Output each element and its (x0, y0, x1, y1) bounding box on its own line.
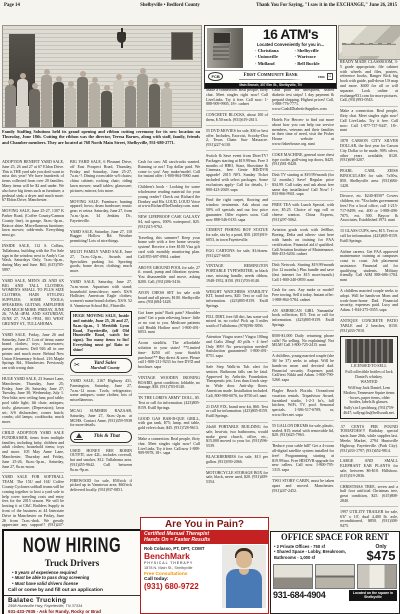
office-ad-footer: 931-684-4904 Located on the square in Sh… (271, 589, 399, 603)
atm-town: Wartrace (295, 54, 332, 61)
office-feature-list: 2 Private Offices - 750 sfShared Space -… (271, 544, 363, 562)
classified-ad: Switch & Save event from DirecTV! Packag… (206, 150, 268, 192)
classified-ad: TWO STORY CABIN, must be taken apart and… (272, 476, 334, 494)
classified-ad: $500-$1,000 Daily returning phone calls!… (272, 330, 334, 348)
classified-ad: Aviation grads work with JetBlue, Boeing… (272, 225, 334, 257)
classified-ad: FILL DIRT, free fill dirt, has some sod … (206, 311, 268, 329)
benchmark-brand: BenchMark (144, 552, 220, 561)
bank-name: First Community Bank (225, 73, 316, 78)
benchmark-pain-ad: Are You in Pain? Certified Manual Therap… (140, 517, 269, 614)
office-photo-2 (315, 564, 355, 589)
person-head-shape (92, 77, 98, 83)
photo-caption: Family Staffing Solutions held its grand… (2, 129, 200, 145)
classified-ad: ANTIQUE CONCRETE PATIO TABLE and 2 bench… (340, 316, 398, 334)
classified-ad: FREE TEA with Lunch Special, with rice, … (272, 200, 334, 223)
newspaper-page: Page 14 Shelbyville • Bedford County Tha… (0, 0, 400, 614)
classified-ad: 'Reduce your cable bill!' Get a 4-room a… (272, 441, 334, 473)
person-body-shape (161, 88, 172, 127)
office-location-note: Located on the square in Shelbyville (349, 590, 397, 602)
person-figure (53, 76, 64, 128)
classified-ad: 15 GLASS CUPS, new, $15. Text or call fo… (340, 226, 398, 244)
classified-ad: AVON CHESS SET for sale with board and a… (138, 287, 200, 305)
classified-ad-with-photo: LICENSED TO SELLFull collectible bottles… (340, 336, 398, 419)
person-body-shape (53, 82, 64, 127)
scissors-icon: ✂ (74, 362, 80, 369)
boxed-classified-ad: HUGE MOVING SALE, Inside and outside, Ju… (70, 311, 132, 355)
classroom-table-shape (342, 44, 396, 56)
now-hiring-requirements: 5 years of experience requiredMust be ab… (4, 568, 140, 587)
person-figure (101, 85, 112, 128)
classified-ad: Make a connection. Real people, flirty c… (206, 88, 268, 107)
pain-ad-title: Are You in Pain? (141, 519, 268, 530)
classified-ad: Find the right carpet, flooring and wind… (206, 195, 268, 222)
office-photo-row (271, 562, 399, 589)
classified-ad: Cash for cars: All cars/trucks wanted. R… (138, 160, 200, 179)
region-title: Shelbyville • Bedford County (60, 3, 280, 8)
classified-ad: EGG CARTONS for sale, $1/dozen. (931)227… (206, 245, 268, 258)
classified-ad: ADOPTION BENEFIT YARD SALE, June 25, 26 … (2, 160, 64, 203)
classified-ad: 55 DVD MOVIES for sale, $30 or best offe… (206, 125, 268, 148)
person-body-shape (101, 91, 112, 127)
classified-ad: VINTAGE WOODEN IRONING BOARD, great cond… (138, 372, 200, 390)
person-head-shape (104, 85, 110, 91)
pain-ad-body: Rob Colasso, PT, DPT, COMT BenchMark PHY… (141, 544, 268, 610)
person-body-shape (41, 75, 52, 127)
person-figure (29, 83, 40, 128)
benchmark-brand-subtitle: PHYSICAL THERAPY (144, 561, 220, 565)
classified-ad: 1878 CARSON CITY SILVER DOLLAR, the firs… (340, 136, 398, 163)
classified-ad: BLACKBERRIES for sale, $13 per gallon. (… (206, 452, 268, 465)
price-value: $475 (363, 550, 399, 562)
photo-face-shape (236, 551, 252, 568)
classified-ad: YARD SALE FOR SOFTBALL TEAM. The 15U and… (2, 472, 64, 527)
person-figure (125, 80, 136, 128)
person-figure (137, 68, 148, 128)
atm-keypad-shape (213, 46, 229, 60)
clinic-address: 1878 N. Main St., Shelbyville (144, 566, 220, 570)
person-head-shape (32, 83, 38, 89)
person-head-shape (8, 79, 14, 85)
clinic-phone: (931) 680-9722 (144, 582, 220, 591)
ad-line: Full collectible bottles of Jack Daniel'… (343, 370, 395, 380)
office-photo-1 (273, 564, 313, 589)
classified-ad: FIREWOOD for sale, $50/rick if picked up… (70, 475, 132, 493)
section-title: This & That (86, 434, 129, 439)
trucking-company-phone: 931-433-7935 - Ask for Randy, Rocky or B… (4, 608, 140, 614)
classified-ad: COKE MACHINE, general store chest type c… (272, 149, 334, 167)
classified-ad: VINTAGE REMINGTON PORTABLE TYPEWRITER, i… (206, 261, 268, 284)
whiskey-bottles-photo (345, 339, 393, 363)
classified-column-6: READY MADE CLASSROOM, 3-5 grade appropri… (340, 60, 398, 528)
office-ad-title: OFFICE SPACE FOR RENT (277, 533, 392, 543)
classified-ad: YARD SALE, MEN'S 4X AND 6X BIG AND TALL … (2, 275, 64, 326)
page-number-label: Page 14 (4, 3, 20, 8)
classified-ad: 1997 UTILITY TRAILER for sale, 6'6" x 10… (340, 506, 398, 528)
person-figure (17, 73, 28, 128)
person-head-shape (68, 81, 74, 87)
classified-column-4: Make a connection. Real people, flirty c… (206, 88, 268, 515)
equal-housing-icon: ⌂ (327, 73, 333, 80)
person-body-shape (65, 87, 76, 127)
classified-ad: CHILD ADOPTION YARD SALE FUNDRAISER, ite… (2, 428, 64, 470)
classified-ad: MOTORCYCLE STORAGE BOX for sale, black, … (206, 467, 268, 485)
person-head-shape (140, 68, 146, 74)
photo-shirt-shape (226, 569, 262, 608)
atm-town: Bell Buckle (295, 61, 332, 68)
classified-ad: MOVING SALE, June 25-27, 1307 K Parker R… (2, 206, 64, 238)
office-ad-middle: 2 Private Offices - 750 sfShared Space -… (271, 544, 399, 562)
classroom-listing-photo (338, 25, 400, 60)
fdic-label: FDIC (318, 75, 325, 79)
section-header-this-that: This & That (70, 431, 132, 443)
pain-ad-text: Rob Colasso, PT, DPT, COMT BenchMark PHY… (144, 546, 220, 591)
classified-ad: HUGE YARD SALE, 23 Sunset Lane, Manchest… (2, 374, 64, 425)
classified-ad: Hotels For Heroes- to find out more abou… (272, 114, 334, 146)
atm-ad-subtitle: Located Conveniently for you in... (245, 42, 336, 47)
person-figure (5, 79, 16, 128)
classified-ad: WEIGHT WATCHERS STABILITY KIT, brand new… (206, 286, 268, 309)
person-body-shape (149, 84, 160, 127)
classified-ad: YARD SALE, Saturday, June 27, 110 Bugger… (70, 226, 132, 244)
atm-ad-text: 16 ATM's Located Conveniently for you in… (245, 26, 336, 70)
classified-ad: YARD SALE, Friday, June 26 and Saturday,… (2, 329, 64, 371)
classified-ad: Children's book - Looking for some whole… (138, 182, 200, 209)
section-subtitle: Marshall County (82, 366, 128, 370)
atm-town: Unionville (255, 54, 292, 61)
office-space-ad: OFFICE SPACE FOR RENT 2 Private Offices … (270, 531, 400, 614)
page-slogan: Thank You For Saying, "I saw it in the E… (256, 3, 397, 8)
classified-ad: Cash paid for unexpired, sealed diabetic… (272, 88, 334, 112)
classified-ad: A childless married couple seeks to adop… (340, 286, 398, 313)
atm-town: Shelbyville (295, 48, 332, 55)
classified-ad: Attention Viagra users! Viagra 100mg and… (206, 332, 268, 359)
banner-line-2: Hands On = Faster Results (144, 537, 265, 543)
classified-ad: MOVING SALE. Furniture; hunting apparel;… (70, 196, 132, 223)
person-head-shape (116, 74, 122, 80)
person-body-shape (137, 74, 148, 127)
classified-ad: Divorce, etc. $240-$550* Covers children… (340, 191, 398, 223)
bank-name-block: First Community Bank (225, 73, 316, 81)
person-body-shape (5, 85, 16, 127)
person-head-shape (128, 80, 134, 86)
person-figure (113, 74, 124, 128)
person-head-shape (20, 73, 26, 79)
classified-ad: CHRISTMAS TREE, seven and a half foot ar… (340, 481, 398, 504)
classified-ad: INSIDE SALE, 112 S. Collins, Tullahoma, … (2, 240, 64, 272)
now-hiring-cta: Call or come by and fill out an applicat… (4, 587, 140, 597)
office-phone: 931-684-4904 (273, 590, 347, 600)
classified-ad: Safe Step Walk-in Tub alert for seniors.… (206, 362, 268, 399)
classified-ad: LARGE AND SMALL ELEPHANT EAR PLANTS for … (340, 456, 398, 479)
classified-column-5: Cash paid for unexpired, sealed diabetic… (272, 88, 334, 528)
section-header-text: Yard SalesMarshall County (82, 361, 128, 371)
ad-line: Sully's in Lynchburg, (931)759-4647; sul… (343, 406, 395, 416)
classified-ad: Dish Network. Starting $19.99/month (for… (272, 260, 334, 283)
classified-ad: YARD SALE, 2167 Highway 431, Farmington,… (70, 375, 132, 402)
classified-ad: CONCRETE BLOCKS, about 100 of them, $.50… (206, 110, 268, 123)
atm-bank-ad: 16 ATM's Located Conveniently for you in… (204, 25, 337, 89)
office-price-block: Only $475 (363, 544, 399, 562)
classified-ad: YARD SALE, Saturday, June 27, 7a.m.-noon… (70, 276, 132, 308)
classified-ad: A childless, young married couple (she 3… (272, 351, 334, 383)
person-figure (149, 78, 160, 128)
grand-opening-photo (2, 25, 202, 128)
person-head-shape (56, 76, 62, 82)
person-body-shape (17, 79, 28, 127)
person-head-shape (164, 82, 170, 88)
classified-ad: AN AMERICAN GIRL 'Samantha' book collect… (272, 305, 334, 328)
person-head-shape (44, 69, 50, 75)
person-body-shape (89, 83, 100, 127)
therapist-photo (222, 545, 266, 608)
person-body-shape (113, 80, 124, 127)
classified-ad: Acorn stairlifts. The affordable solutio… (138, 338, 200, 370)
lamp-shape (117, 32, 126, 43)
classified-ad: .57 CENTS PER POUND TOMATOES!!! Birthday… (340, 421, 398, 453)
classified-ad: Make a connection. Real people, flirty c… (138, 434, 200, 457)
person-body-shape (125, 86, 136, 127)
fcb-logo: FCB (208, 72, 223, 81)
classified-ad: 21 DAY FIX, brand new kit, $60. Text or … (206, 401, 268, 419)
classified-ad: 24x60 PORTABLE BUILDING for sale, heat-a… (206, 422, 268, 449)
crowd-figures (3, 68, 201, 128)
classified-ad: GOOD GAS BAR-B-QUE GRILL, with gas tank,… (138, 413, 200, 431)
person-body-shape (77, 77, 88, 127)
atm-ad-body: 16 ATM's Located Conveniently for you in… (205, 26, 336, 70)
classified-ad: MULTI FAMILY YARD SALE, June 27, 7a.m.-1… (70, 246, 132, 273)
classified-ad: Flagler Beach Florida. Oceanfront vacati… (272, 386, 334, 418)
classified-ad: Make a connection. Real people, flirty c… (340, 106, 398, 133)
classified-ad: Got knee pain? Back pain? Shoulder pain?… (138, 308, 200, 335)
office-photo-3 (357, 564, 397, 589)
classified-ad: CEMENT FISHING BOY STATUE for sale, sits… (206, 225, 268, 243)
window-shape (171, 32, 193, 60)
section-header-text: This & That (86, 434, 129, 439)
atm-screen-shape (213, 32, 231, 44)
bank-logo-strip: FCB First Community Bank FDIC ⌂ (205, 70, 336, 83)
person-figure (41, 69, 52, 128)
classified-ad: READY MADE CLASSROOM, 3-5 grade appropri… (340, 60, 398, 103)
atm-ad-title: 16 ATM's (245, 27, 336, 41)
classified-ad: Traveling this summer? Keep your home sa… (138, 232, 200, 259)
trucking-company-name: Balatec Trucking (4, 596, 140, 604)
classified-ad: Airline careers. Get FAA approved mainte… (340, 246, 398, 283)
person-figure (89, 77, 100, 128)
classified-ad: MCAG SUMMER BAZAAR, Saturday, June 27, 8… (70, 405, 132, 428)
atm-machine-photo (207, 28, 243, 68)
now-hiring-title: NOW HIRING (4, 534, 140, 558)
classified-ad: USED HONEY BEE ROBIN OUTFIT, size 42L, i… (70, 445, 132, 472)
person-figure (77, 71, 88, 128)
person-figure (161, 82, 172, 128)
bank-micro-text-line (239, 79, 303, 81)
now-hiring-ad: NOW HIRING Truck Drivers 5 years of expe… (2, 529, 142, 614)
atm-town: Midland (255, 61, 292, 68)
person-head-shape (152, 78, 158, 84)
ad-line: Will buy Jack Daniel, Lem Motlow, Tennes… (343, 386, 395, 405)
traffic-cone-icon (74, 433, 83, 440)
classified-ad: NEW LIFEPROOF CASE GALAXY S4, mil specs,… (138, 212, 200, 230)
classified-column-3: Cash for cars: All cars/trucks wanted. R… (138, 160, 200, 515)
classified-column-2: BIG YARD SALE, 6 Pleasant Drive, off Eas… (70, 160, 132, 527)
person-figure (65, 81, 76, 128)
now-hiring-subtitle: Truck Drivers (4, 558, 140, 568)
section-header-marshall-county: ✂Yard SalesMarshall County (70, 358, 132, 373)
atm-town: Christiana (255, 48, 292, 55)
classified-column-1: ADOPTION BENEFIT YARD SALE, June 25, 26 … (2, 160, 64, 527)
person-body-shape (29, 89, 40, 127)
classified-ad: Dish TV starting at $19.99/month (for 12… (272, 170, 334, 197)
classified-ad: 55 GALLON DRUMS for sale, plastic, seale… (272, 420, 334, 438)
classified-ad: BIG YARD SALE, 6 Pleasant Drive, off Eas… (70, 160, 132, 194)
person-head-shape (80, 71, 86, 77)
classified-ad: 'IN THE LORD'S ARMY' DOLL, $5. Text or c… (138, 393, 200, 411)
atm-town-list: ChristianaUnionvilleMidlandShelbyvilleWa… (245, 47, 336, 69)
classified-ad: Cash for cars. Any make or model! Free t… (272, 285, 334, 303)
classified-ad: ABOVE GROUND POOL for sale, 27 ft. round… (138, 262, 200, 285)
office-feature-item: Shared Space - Lobby, Breakroom, Bathroo… (274, 549, 363, 560)
classified-ad: PEARL CARL ZEISS BINOCULARS for sale, 7x… (340, 166, 398, 189)
pain-ad-banner: Certified Manual Therapist Hands On = Fa… (141, 530, 268, 544)
